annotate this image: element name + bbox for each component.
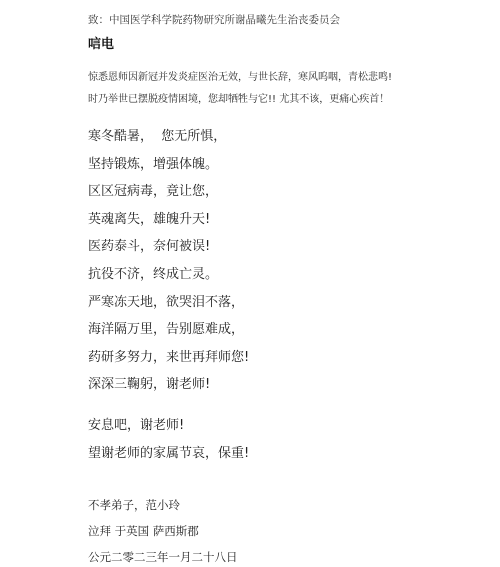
poem-line: 医药泰斗，奈何被误! bbox=[88, 233, 249, 261]
poem-line: 坚持锻炼，增强体魄。 bbox=[88, 151, 249, 179]
poem-line: 严寒冻天地，欲哭泪不落， bbox=[88, 289, 249, 317]
closing-block: 安息吧，谢老师! 望谢老师的家属节哀，保重! bbox=[88, 412, 249, 468]
poem-line: 区区冠病毒，竟让您， bbox=[88, 178, 249, 206]
poem-block: 寒冬酷暑， 您无所惧， 坚持锻炼，增强体魄。 区区冠病毒，竟让您， 英魂离失，雄… bbox=[88, 123, 249, 399]
signature-date: 公元二零二三年一月二十八日 bbox=[88, 544, 238, 567]
poem-line: 药研多努力，来世再拜师您! bbox=[88, 344, 249, 372]
addressee-line: 致：中国医学科学院药物研究所谢晶曦先生治丧委员会 bbox=[88, 12, 340, 27]
signature-line: 不孝弟子，范小玲 bbox=[88, 492, 238, 518]
closing-line: 望谢老师的家属节哀，保重! bbox=[88, 440, 249, 468]
poem-line: 深深三鞠躬，谢老师! bbox=[88, 371, 249, 399]
signature-block: 不孝弟子，范小玲 泣拜 于英国 萨西斯郡 公元二零二三年一月二十八日 bbox=[88, 492, 238, 567]
letter-title: 唁电 bbox=[88, 33, 114, 52]
signature-line: 泣拜 于英国 萨西斯郡 bbox=[88, 518, 238, 544]
closing-line: 安息吧，谢老师! bbox=[88, 412, 249, 440]
poem-line: 抗役不济，终成亡灵。 bbox=[88, 261, 249, 289]
poem-line: 海洋隔万里，告别愿难成， bbox=[88, 316, 249, 344]
intro-line-2: 时乃举世已摆脱疫情困境，您却牺牲与它!! 尤其不该，更痛心疾首！ bbox=[88, 90, 389, 105]
poem-line: 英魂离失，雄魄升天! bbox=[88, 206, 249, 234]
intro-line-1: 惊悉恩师因新冠并发炎症医治无效，与世长辞，寒风呜咽，青松悲鸣! bbox=[88, 68, 392, 83]
poem-line: 寒冬酷暑， 您无所惧， bbox=[88, 123, 249, 151]
